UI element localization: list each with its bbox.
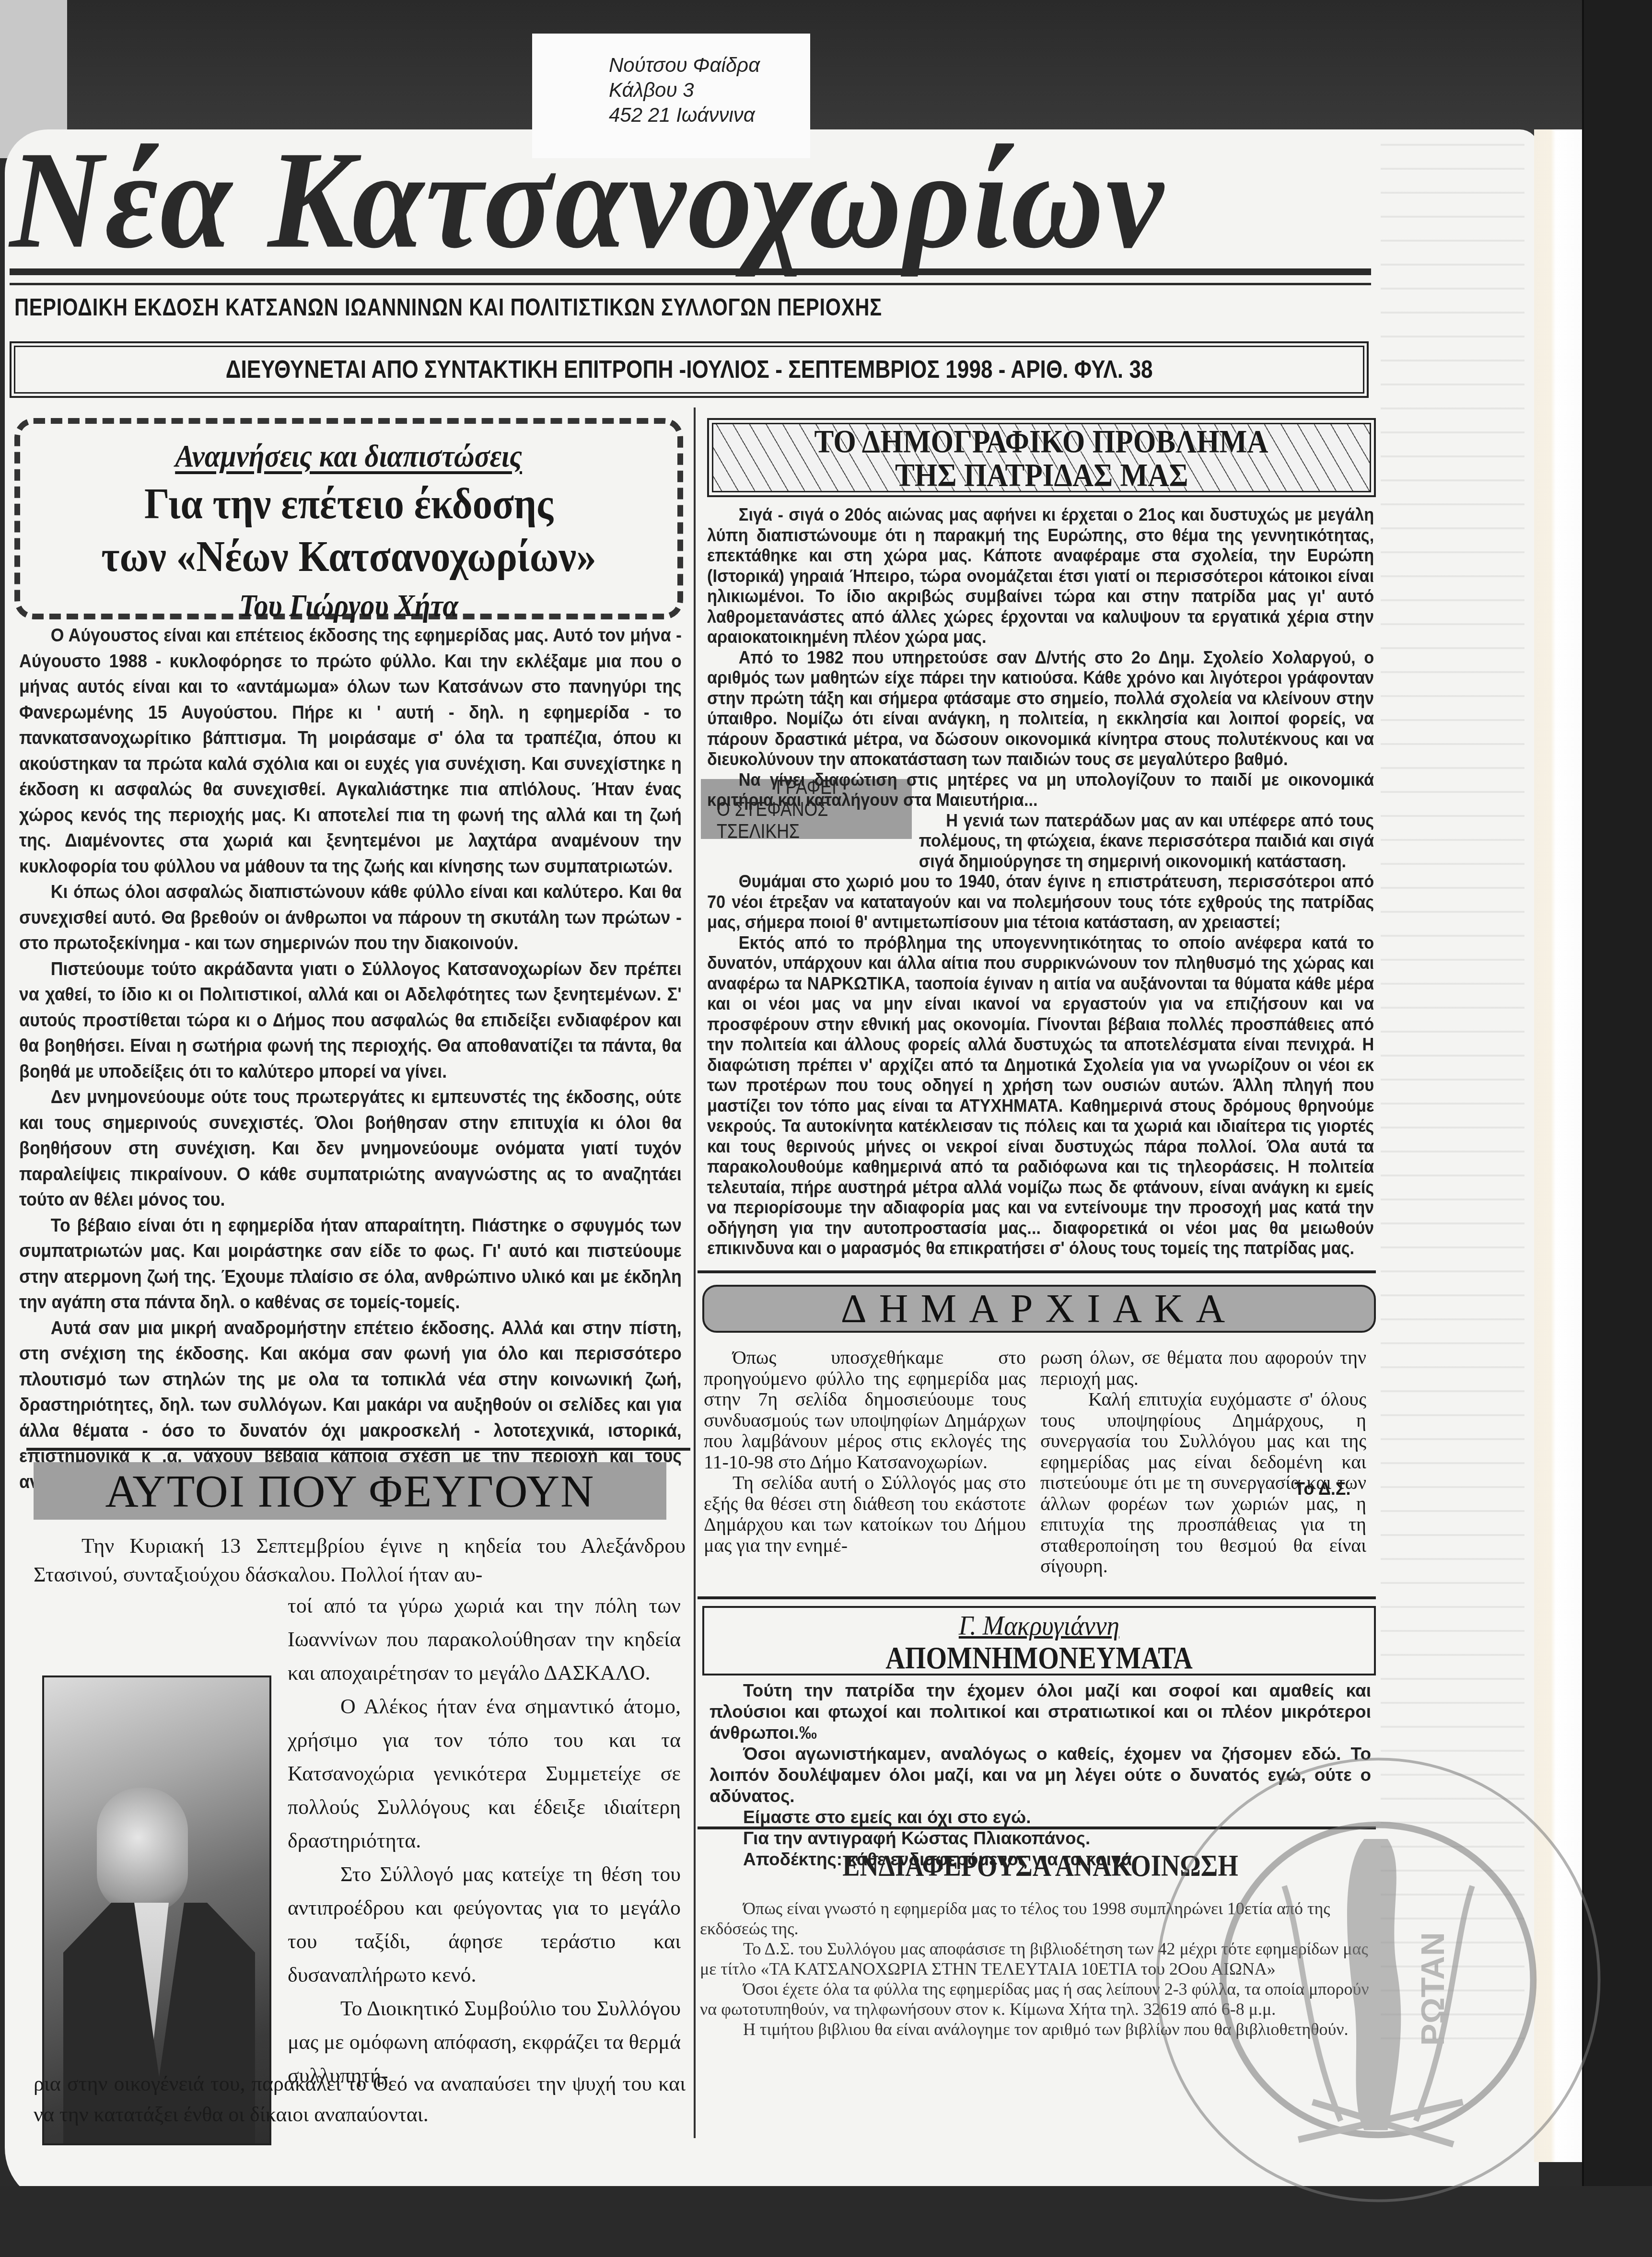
municipal-headline-box: ΔΗΜΑΡΧΙΑΚΑ	[702, 1285, 1376, 1333]
anniversary-header-box: Αναμνήσεις και διαπιστώσεις Για την επέτ…	[14, 418, 683, 619]
obituary-headline-box: ΑΥΤΟΙ ΠΟΥ ΦΕΥΓΟΥΝ	[34, 1462, 666, 1520]
issue-line: ΔΙΕΥΘΥΝΕΤΑΙ ΑΠΟ ΣΥΝΤΑΚΤΙΚΗ ΕΠΙΤΡΟΠΗ -ΙΟΥ…	[226, 355, 1153, 384]
municipal-left-column: Όπως υποσχεθήκαμε στο προηγούμενο φύλλο …	[704, 1347, 1026, 1556]
masthead-rule	[10, 268, 1371, 275]
bleed-through-text	[1381, 144, 1524, 2061]
paragraph: Θυμάμαι στο χωριό μου το 1940, όταν έγιν…	[707, 872, 1374, 933]
anniversary-headline-1: Για την επέτειο έκδοσης	[53, 479, 645, 527]
paragraph: Σιγά - σιγά ο 20ός αιώνας μας αφήνει κι …	[707, 505, 1374, 648]
paragraph: Από το 1982 που υπηρετούσε σαν Δ/ντής στ…	[707, 648, 1374, 770]
issue-info-box: ΔΙΕΥΘΥΝΕΤΑΙ ΑΠΟ ΣΥΝΤΑΚΤΙΚΗ ΕΠΙΤΡΟΠΗ -ΙΟΥ…	[10, 341, 1369, 398]
demographic-headline-1: ΤΟ ΔΗΜΟΓΡΑΦΙΚΟ ΠΡΟΒΛΗΜΑ	[814, 424, 1268, 458]
photo-face	[97, 1788, 188, 1912]
anniversary-byline: Του Γιώργου Χήτα	[53, 588, 645, 624]
mailing-name: Νούτσου Φαίδρα	[609, 53, 810, 78]
paragraph: Το βέβαιο είναι ότι η εφημερίδα ήταν απα…	[19, 1213, 682, 1316]
section-rule	[26, 1448, 690, 1451]
masthead-rule-thin	[10, 283, 1371, 285]
memoirs-header-box: Γ. Μακρυγιάννη ΑΠΟΜΝΗΜΟΝΕΥΜΑΤΑ	[702, 1606, 1376, 1675]
demographic-headline-2: ΤΗΣ ΠΑΤΡΙΔΑΣ ΜΑΣ	[895, 458, 1188, 491]
paragraph: Δεν μνημονεύουμε ούτε τους πρωτεργάτες κ…	[19, 1085, 682, 1213]
municipal-signature: Το Δ.Σ.	[1294, 1479, 1350, 1499]
obituary-tail: ρια στην οικογένειά του, παρακαλεί το Θε…	[34, 2069, 686, 2130]
paragraph: Τη σελίδα αυτή ο Σύλλογός μας στο εξής θ…	[704, 1472, 1026, 1556]
paragraph: Όπως είναι γνωστό η εφημερίδα μας το τέλ…	[700, 1898, 1385, 1939]
paragraph: Η τιμήτου βιβλιου θα είναι ανάλογημε τον…	[700, 2019, 1385, 2039]
mailing-street: Κάλβου 3	[609, 78, 810, 103]
municipal-right-column: ρωση όλων, σε θέματα που αφορούν την περ…	[1040, 1347, 1366, 1577]
obituary-intro: Την Κυριακή 13 Σεπτεμβρίου έγινε η κηδεί…	[34, 1532, 686, 1589]
paragraph: Να γίνει διαφώτιση στις μητέρες να μη υπ…	[707, 770, 1374, 811]
column-divider	[694, 407, 696, 2138]
paragraph: Ο Αλέκος ήταν ένα σημαντικό άτομο, χρήσι…	[288, 1690, 681, 1858]
paragraph: Εκτός από το πρόβλημα της υπογεννητικότη…	[707, 933, 1374, 1259]
memoirs-line: Για την αντιγραφή Κώστας Πλιακοπάνος.	[710, 1828, 1371, 1849]
demographic-headline-box: ΤΟ ΔΗΜΟΓΡΑΦΙΚΟ ΠΡΟΒΛΗΜΑ ΤΗΣ ΠΑΤΡΙΔΑΣ ΜΑΣ	[707, 418, 1376, 497]
memoirs-author: Γ. Μακρυγιάννη	[959, 1611, 1119, 1641]
obituary-headline: ΑΥΤΟΙ ΠΟΥ ΦΕΥΓΟΥΝ	[105, 1465, 595, 1518]
binder-spine	[1582, 0, 1652, 2257]
announcement-headline: ΕΝΔΙΑΦΕΡΟΥΣΑ ΑΝΑΚΟΙΝΩΣΗ	[759, 1848, 1322, 1884]
obituary-wrap-text: τοί από τα γύρω χωριά και την πόλη των Ι…	[288, 1589, 681, 2093]
masthead-subtitle: ΠΕΡΙΟΔΙΚΗ ΕΚΔΟΣΗ ΚΑΤΣΑΝΩΝ ΙΩΑΝΝΙΝΩΝ ΚΑΙ …	[14, 293, 1383, 321]
anniversary-headline-2: των «Νέων Κατσανοχωρίων»	[53, 532, 645, 580]
paragraph: Στο Σύλλογό μας κατείχε τη θέση του αντι…	[288, 1858, 681, 1992]
paragraph: ρωση όλων, σε θέματα που αφορούν την περ…	[1040, 1347, 1366, 1389]
demographic-body: Σιγά - σιγά ο 20ός αιώνας μας αφήνει κι …	[707, 505, 1374, 1259]
paragraph: Όπως υποσχεθήκαμε στο προηγούμενο φύλλο …	[704, 1347, 1026, 1472]
masthead-title: Νέα Κατσανοχωρίων	[10, 120, 1165, 280]
paragraph: Πιστεύουμε τούτο ακράδαντα γιατι ο Σύλλο…	[19, 957, 682, 1085]
paragraph: τοί από τα γύρω χωριά και την πόλη των Ι…	[288, 1589, 681, 1690]
paragraph: Όσοι αγωνιστήκαμεν, αναλόγως ο καθείς, έ…	[710, 1744, 1371, 1807]
paragraph: Τούτη την πατρίδα την έχομεν όλοι μαζί κ…	[710, 1680, 1371, 1744]
section-rule	[698, 1270, 1376, 1273]
paragraph: Την Κυριακή 13 Σεπτεμβρίου έγινε η κηδεί…	[34, 1532, 686, 1589]
paragraph: Ο Αύγουστος είναι και επέτειος έκδοσης τ…	[19, 623, 682, 880]
paragraph: Η γενιά των πατεράδων μας αν και υπέφερε…	[919, 811, 1374, 872]
paragraph: Κι όπως όλοι ασφαλώς διαπιστώνουν κάθε φ…	[19, 880, 682, 957]
memoirs-body: Τούτη την πατρίδα την έχομεν όλοι μαζί κ…	[710, 1680, 1371, 1870]
municipal-headline: ΔΗΜΑΡΧΙΑΚΑ	[841, 1286, 1237, 1332]
memoirs-line: Είμαστε στο εμείς και όχι στο εγώ.	[710, 1807, 1371, 1828]
anniversary-kicker: Αναμνήσεις και διαπιστώσεις	[175, 438, 523, 475]
section-rule	[698, 1596, 1376, 1599]
paragraph: Όσοι έχετε όλα τα φύλλα της εφημερίδας μ…	[700, 1979, 1385, 2019]
memoirs-headline: ΑΠΟΜΝΗΜΟΝΕΥΜΑΤΑ	[755, 1641, 1324, 1675]
scan-background-bottom	[0, 2186, 1652, 2257]
paragraph: Το Δ.Σ. του Συλλόγου μας αποφάσισε τη βι…	[700, 1939, 1385, 1979]
anniversary-body: Ο Αύγουστος είναι και επέτειος έκδοσης τ…	[19, 623, 682, 1521]
announcement-body: Όπως είναι γνωστό η εφημερίδα μας το τέλ…	[700, 1898, 1385, 2039]
page-edges	[1534, 129, 1582, 2162]
section-rule	[698, 1827, 1376, 1829]
